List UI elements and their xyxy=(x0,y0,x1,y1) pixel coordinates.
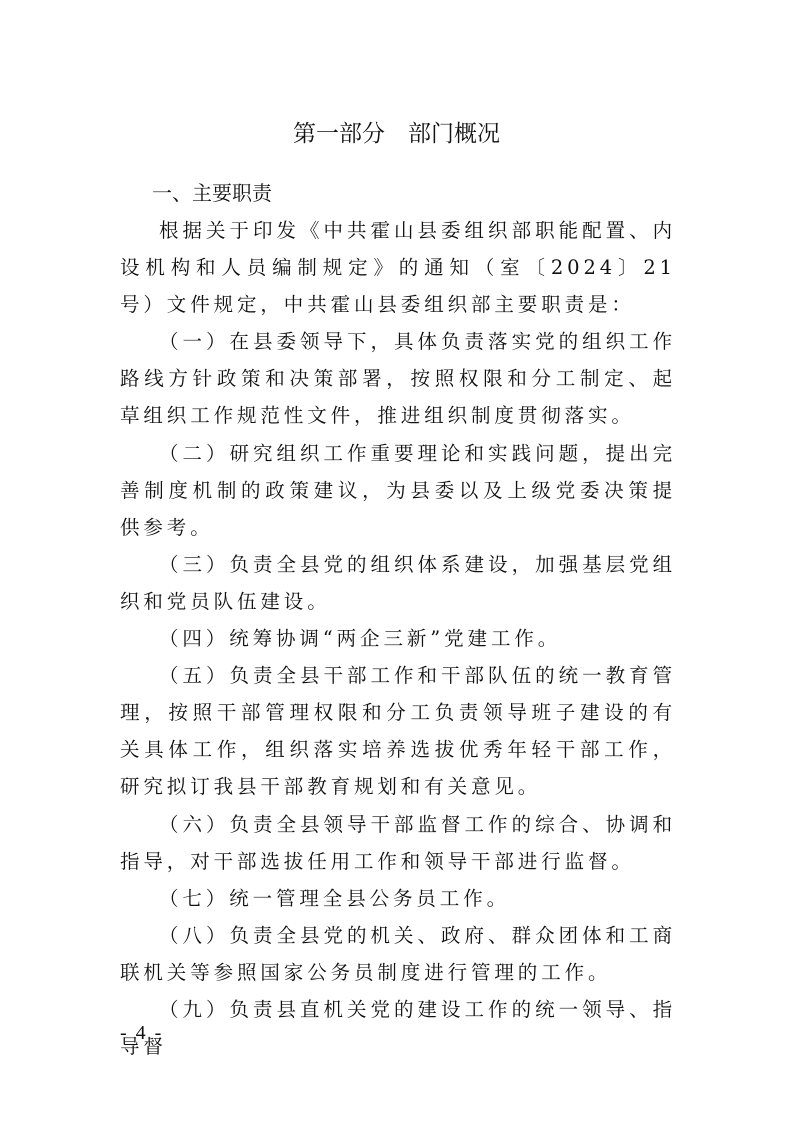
paragraph-item-3: （三）负责全县党的组织体系建设，加强基层党组织和党员队伍建设。 xyxy=(120,546,676,620)
paragraph-item-9: （九）负责县直机关党的建设工作的统一领导、指导督 xyxy=(120,991,676,1065)
body-text: 根据关于印发《中共霍山县委组织部职能配置、内设机构和人员编制规定》的通知（室〔2… xyxy=(120,212,676,1065)
page-number: - 4 - xyxy=(120,1022,163,1045)
document-page: 第一部分 部门概况 一、主要职责 根据关于印发《中共霍山县委组织部职能配置、内设… xyxy=(0,0,793,1122)
paragraph-item-4: （四）统筹协调“两企三新”党建工作。 xyxy=(120,620,676,657)
paragraph-item-8: （八）负责全县党的机关、政府、群众团体和工商联机关等参照国家公务员制度进行管理的… xyxy=(120,917,676,991)
paragraph-item-2: （二）研究组织工作重要理论和实践问题，提出完善制度机制的政策建议，为县委以及上级… xyxy=(120,435,676,546)
paragraph-item-1: （一）在县委领导下，具体负责落实党的组织工作路线方针政策和决策部署，按照权限和分… xyxy=(120,323,676,434)
section-heading: 一、主要职责 xyxy=(152,177,272,206)
paragraph-item-5: （五）负责全县干部工作和干部队伍的统一教育管理，按照干部管理权限和分工负责领导班… xyxy=(120,657,676,805)
paragraph-intro: 根据关于印发《中共霍山县委组织部职能配置、内设机构和人员编制规定》的通知（室〔2… xyxy=(120,212,676,323)
part-title: 第一部分 部门概况 xyxy=(0,115,793,148)
paragraph-item-6: （六）负责全县领导干部监督工作的综合、协调和指导，对干部选拔任用工作和领导干部进… xyxy=(120,806,676,880)
paragraph-item-7: （七）统一管理全县公务员工作。 xyxy=(120,880,676,917)
